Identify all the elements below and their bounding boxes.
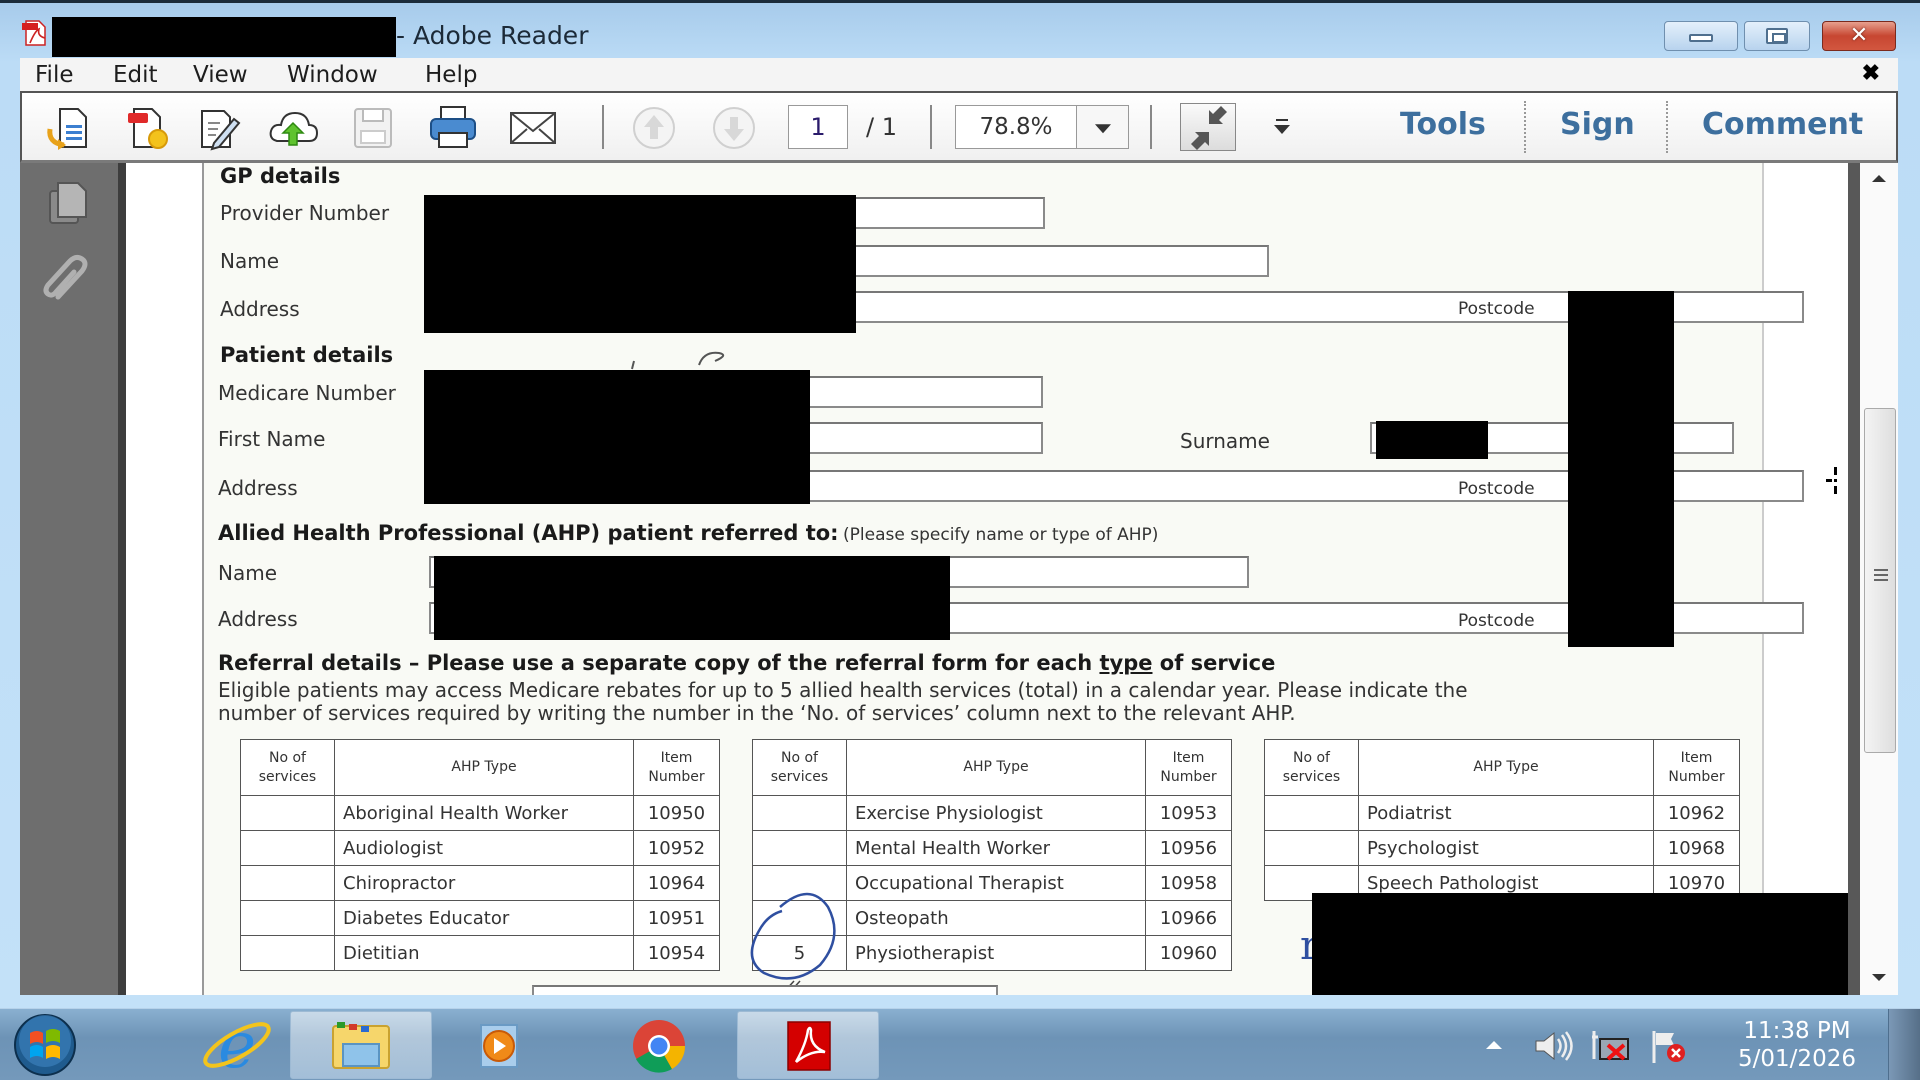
ahp-heading: Allied Health Professional (AHP) patient…: [218, 521, 839, 545]
item-number-cell: 10962: [1654, 796, 1740, 831]
ahp-type-cell: Osteopath: [847, 901, 1146, 936]
header-ahp-type: AHP Type: [335, 740, 634, 796]
redacted-surname: [1376, 421, 1488, 459]
toolbar-more-icon[interactable]: [1270, 117, 1294, 137]
toolbar-divider: [602, 105, 604, 149]
item-number-cell: 10966: [1146, 901, 1232, 936]
menu-file[interactable]: File: [35, 62, 74, 88]
ahp-name-label: Name: [218, 561, 277, 585]
navigation-pane: [20, 163, 118, 995]
no-of-services-cell[interactable]: [241, 866, 335, 901]
gp-address-label: Address: [220, 297, 300, 321]
toolbar-divider: [1150, 105, 1152, 149]
media-player-icon: [437, 1011, 579, 1079]
print-icon[interactable]: [427, 105, 479, 151]
table-row: Mental Health Worker10956: [753, 831, 1232, 866]
menu-window[interactable]: Window: [287, 62, 378, 88]
save-icon[interactable]: [347, 105, 399, 151]
handwritten-circle-mark: [744, 883, 854, 995]
ahp-type-cell: Chiropractor: [335, 866, 634, 901]
item-number-cell: 10951: [634, 901, 720, 936]
close-document-icon[interactable]: ✖: [1862, 60, 1880, 86]
minimize-icon: [1689, 34, 1713, 42]
no-of-services-cell[interactable]: [241, 901, 335, 936]
surname-label: Surname: [1180, 429, 1270, 453]
pane-divider: [1524, 101, 1526, 153]
gp-details-heading: GP details: [220, 164, 340, 188]
show-desktop-button[interactable]: [1888, 1009, 1920, 1080]
no-of-services-cell[interactable]: [241, 936, 335, 971]
patient-postcode-label: Postcode: [1458, 479, 1535, 499]
tools-pane-button[interactable]: Tools: [1400, 107, 1486, 142]
table-row: Aboriginal Health Worker10950: [241, 796, 720, 831]
ahp-heading-line: Allied Health Professional (AHP) patient…: [218, 521, 1158, 545]
menu-edit[interactable]: Edit: [113, 62, 158, 88]
window-title: - Adobe Reader: [396, 21, 588, 50]
first-name-label: First Name: [218, 427, 325, 451]
ahp-type-cell: Exercise Physiologist: [847, 796, 1146, 831]
ahp-type-cell: Psychologist: [1359, 831, 1654, 866]
fit-page-button[interactable]: [1180, 103, 1236, 151]
taskbar-internet-explorer[interactable]: e: [166, 1011, 308, 1079]
header-no-of-services: No of services: [1265, 740, 1359, 796]
start-button[interactable]: [12, 1013, 78, 1077]
fill-sign-icon[interactable]: [192, 105, 244, 151]
no-of-services-cell[interactable]: [753, 796, 847, 831]
taskbar-google-chrome[interactable]: [588, 1011, 730, 1079]
gp-postcode-label: Postcode: [1458, 299, 1535, 319]
table-header-row: No of servicesAHP TypeItem Number: [241, 740, 720, 796]
ahp-postcode-label: Postcode: [1458, 611, 1535, 631]
page-thumbnails-icon[interactable]: [38, 175, 98, 231]
title-bar[interactable]: - Adobe Reader ✕: [0, 3, 1920, 58]
header-item-number: Item Number: [634, 740, 720, 796]
medicare-number-label: Medicare Number: [218, 381, 396, 405]
table-row: Diabetes Educator10951: [241, 901, 720, 936]
ahp-type-cell: Physiotherapist: [847, 936, 1146, 971]
adobe-reader-window: - Adobe Reader ✕ File Edit View Window H…: [0, 0, 1920, 1008]
header-no-of-services: No of services: [241, 740, 335, 796]
document-edge: [1848, 163, 1860, 995]
no-of-services-cell[interactable]: [1265, 796, 1359, 831]
ahp-type-cell: Dietitian: [335, 936, 634, 971]
gp-name-label: Name: [220, 249, 279, 273]
redacted-bottom-right: [1312, 893, 1848, 995]
network-disconnected-icon[interactable]: [1590, 1029, 1632, 1063]
item-number-cell: 10954: [634, 936, 720, 971]
item-number-cell: 10956: [1146, 831, 1232, 866]
minimize-button[interactable]: [1664, 21, 1738, 51]
vertical-scrollbar[interactable]: [1860, 163, 1898, 995]
toolbar: 1 / 1 78.8% Tools Sign Comment: [20, 91, 1898, 163]
table-row: Audiologist10952: [241, 831, 720, 866]
zoom-dropdown-button[interactable]: [1077, 105, 1129, 149]
scroll-down-icon[interactable]: [1872, 974, 1886, 981]
create-pdf-icon[interactable]: [122, 105, 174, 151]
document-view[interactable]: GP details Provider Number Name Address …: [126, 163, 1848, 995]
attachments-icon[interactable]: [38, 251, 98, 307]
redacted-document-name: [52, 17, 396, 57]
item-number-cell: 10958: [1146, 866, 1232, 901]
header-item-number: Item Number: [1654, 740, 1740, 796]
header-ahp-type: AHP Type: [847, 740, 1146, 796]
redacted-ahp-info: [434, 556, 950, 640]
ahp-type-cell: Audiologist: [335, 831, 634, 866]
table-header-row: No of servicesAHP TypeItem Number: [753, 740, 1232, 796]
referral-intro: Eligible patients may access Medicare re…: [218, 679, 1468, 725]
sign-pane-button[interactable]: Sign: [1560, 107, 1635, 142]
patient-address-label: Address: [218, 476, 298, 500]
ahp-type-cell: Aboriginal Health Worker: [335, 796, 634, 831]
action-center-flag-icon[interactable]: [1648, 1029, 1690, 1065]
ahp-note: (Please specify name or type of AHP): [843, 525, 1158, 545]
next-page-icon[interactable]: [708, 105, 760, 151]
ahp-type-cell: Podiatrist: [1359, 796, 1654, 831]
content-area: GP details Provider Number Name Address …: [20, 163, 1898, 995]
previous-page-icon[interactable]: [628, 105, 680, 151]
svg-text:e: e: [218, 1011, 256, 1079]
close-icon: ✕: [1850, 25, 1868, 47]
redacted-patient-info: [424, 370, 810, 504]
no-of-services-cell[interactable]: [753, 831, 847, 866]
clock-date: 5/01/2026: [1712, 1045, 1882, 1073]
scroll-up-icon[interactable]: [1872, 175, 1886, 182]
ahp-table-1: No of servicesAHP TypeItem NumberAborigi…: [240, 739, 720, 971]
header-ahp-type: AHP Type: [1359, 740, 1654, 796]
redacted-postcodes: [1568, 291, 1674, 647]
pdf-page: GP details Provider Number Name Address …: [202, 163, 1764, 995]
maximize-icon: [1766, 28, 1788, 44]
item-number-cell: 10952: [634, 831, 720, 866]
item-number-cell: 10953: [1146, 796, 1232, 831]
comment-pane-button[interactable]: Comment: [1702, 107, 1863, 142]
pane-divider: [1666, 101, 1668, 153]
no-of-services-cell[interactable]: [241, 796, 335, 831]
ahp-table-3: No of servicesAHP TypeItem NumberPodiatr…: [1264, 739, 1740, 901]
chrome-icon: [588, 1011, 730, 1079]
scrollbar-thumb[interactable]: [1864, 408, 1896, 753]
ahp-type-cell: Diabetes Educator: [335, 901, 634, 936]
redacted-gp-info: [424, 195, 856, 333]
menu-help[interactable]: Help: [425, 62, 477, 88]
table-row: Dietitian10954: [241, 936, 720, 971]
volume-icon[interactable]: [1532, 1029, 1574, 1063]
zoom-level-input[interactable]: 78.8%: [955, 105, 1077, 149]
folder-icon: [291, 1012, 433, 1080]
page-number-input[interactable]: 1: [788, 105, 848, 149]
header-no-of-services: No of services: [753, 740, 847, 796]
close-button[interactable]: ✕: [1822, 21, 1896, 51]
signature-field[interactable]: [532, 985, 998, 995]
show-hidden-icons-icon[interactable]: [1484, 1037, 1504, 1051]
no-of-services-cell[interactable]: [1265, 831, 1359, 866]
taskbar: e: [0, 1008, 1920, 1080]
adobe-reader-logo-icon: [22, 19, 48, 47]
table-row: Chiropractor10964: [241, 866, 720, 901]
chevron-down-icon: [1095, 124, 1111, 133]
adobe-reader-icon: [738, 1012, 880, 1080]
table-row: Exercise Physiologist10953: [753, 796, 1232, 831]
item-number-cell: 10964: [634, 866, 720, 901]
toolbar-divider: [930, 105, 932, 149]
fit-window-icon: [1181, 104, 1237, 152]
header-item-number: Item Number: [1146, 740, 1232, 796]
clock-time: 11:38 PM: [1712, 1017, 1882, 1045]
grip-icon: [1874, 569, 1888, 581]
navigation-pane-splitter[interactable]: [118, 163, 126, 995]
item-number-cell: 10960: [1146, 936, 1232, 971]
ahp-address-label: Address: [218, 607, 298, 631]
menu-bar: File Edit View Window Help ✖: [20, 58, 1898, 91]
cloud-upload-icon[interactable]: [267, 105, 319, 151]
page-total: / 1: [866, 113, 897, 141]
table-row: Psychologist10968: [1265, 831, 1740, 866]
email-icon[interactable]: [507, 105, 559, 151]
maximize-button[interactable]: [1744, 21, 1810, 51]
gp-provider-number-label: Provider Number: [220, 201, 389, 225]
taskbar-windows-explorer[interactable]: [290, 1011, 432, 1079]
no-of-services-cell[interactable]: [241, 831, 335, 866]
referral-heading: Referral details – Please use a separate…: [218, 651, 1275, 675]
patient-details-heading: Patient details: [220, 343, 393, 367]
ahp-type-cell: Mental Health Worker: [847, 831, 1146, 866]
item-number-cell: 10950: [634, 796, 720, 831]
item-number-cell: 10968: [1654, 831, 1740, 866]
taskbar-windows-media-player[interactable]: [437, 1011, 579, 1079]
open-file-icon[interactable]: [44, 105, 96, 151]
split-cursor-icon: [1826, 467, 1840, 495]
ahp-type-cell: Occupational Therapist: [847, 866, 1146, 901]
menu-view[interactable]: View: [193, 62, 248, 88]
taskbar-adobe-reader[interactable]: [737, 1011, 879, 1079]
table-header-row: No of servicesAHP TypeItem Number: [1265, 740, 1740, 796]
system-clock[interactable]: 11:38 PM 5/01/2026: [1712, 1017, 1882, 1073]
internet-explorer-icon: e: [166, 1011, 308, 1079]
table-row: Podiatrist10962: [1265, 796, 1740, 831]
